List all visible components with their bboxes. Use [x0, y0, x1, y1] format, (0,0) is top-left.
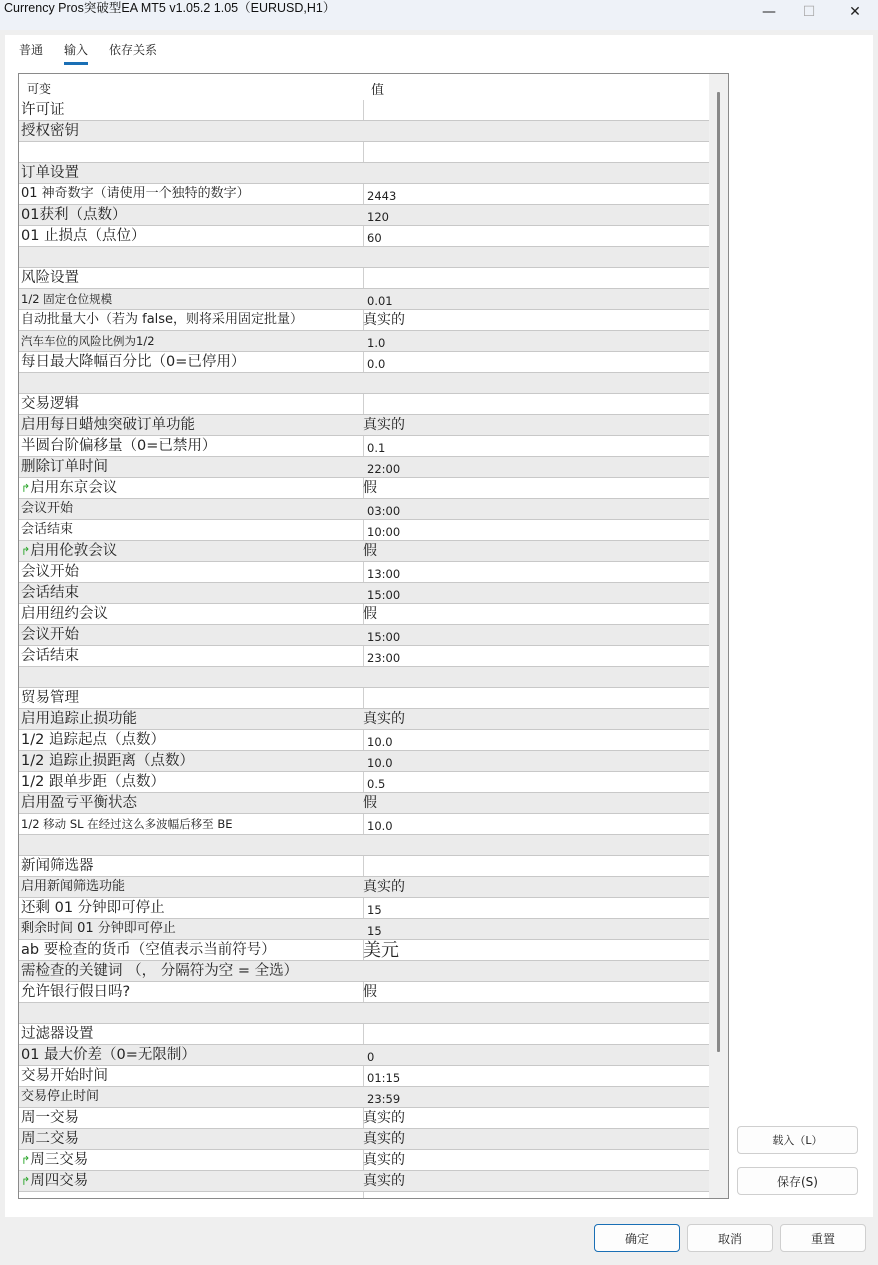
row-value[interactable]: 23:59: [367, 1090, 400, 1108]
row-name-text: 启用伦敦会议: [30, 543, 117, 559]
table-row[interactable]: 需检查的关键词 （， 分隔符为空 = 全选）: [19, 961, 709, 982]
row-name-text: 授权密钥: [21, 123, 79, 139]
row-name-text: 过滤器设置: [21, 1026, 94, 1042]
table-row[interactable]: 风险设置: [19, 268, 709, 289]
tab-panel: 普通 输入 依存关系 可变 值 许可证授权密钥订单设置01 神奇数字（请使用一个…: [5, 35, 873, 1217]
tab-strip: 普通 输入 依存关系: [19, 41, 178, 65]
row-name-text: 01 最大价差（0=无限制）: [21, 1047, 196, 1063]
table-row[interactable]: 1/2 移动 SL 在经过这么多波幅后移至 BE10.0: [19, 814, 709, 835]
row-value[interactable]: 真实的: [363, 1171, 405, 1191]
table-row[interactable]: 剩余时间 01 分钟即可停止15: [19, 919, 709, 940]
row-variable-name: ab 要检查的货币（空值表示当前符号）: [21, 940, 276, 960]
row-value[interactable]: 10.0: [367, 817, 393, 835]
table-row[interactable]: 启用新闻筛选功能真实的: [19, 877, 709, 898]
row-name-text: 还剩 01 分钟即可停止: [21, 900, 165, 916]
row-variable-name: 启用追踪止损功能: [21, 709, 137, 729]
row-variable-name: ↱周四交易: [21, 1171, 88, 1192]
row-name-text: 01 神奇数字（请使用一个独特的数字）: [21, 186, 250, 201]
maximize-icon: ☐: [803, 4, 816, 20]
table-row[interactable]: 1/2 追踪止损距离（点数）10.0: [19, 751, 709, 772]
row-variable-name: 删除订单时间: [21, 457, 108, 477]
row-value[interactable]: 0.01: [367, 292, 393, 310]
row-name-text: 许可证: [21, 102, 65, 118]
input-arrow-icon: ↱: [21, 1154, 30, 1167]
row-variable-name: 1/2 移动 SL 在经过这么多波幅后移至 BE: [21, 814, 233, 834]
table-row[interactable]: 会议开始15:00: [19, 625, 709, 646]
row-value[interactable]: 真实的: [363, 415, 405, 435]
table-row[interactable]: 1/2 追踪起点（点数）10.0: [19, 730, 709, 751]
row-value[interactable]: 真实的: [363, 877, 405, 897]
row-name-text: 1/2 固定仓位规模: [21, 292, 112, 306]
row-variable-name: 01 止损点（点位）: [21, 226, 146, 246]
row-name-text: 订单设置: [21, 165, 79, 181]
table-row[interactable]: 半圆台阶偏移量（0=已禁用）0.1: [19, 436, 709, 457]
ok-button[interactable]: 确定: [594, 1224, 680, 1252]
row-name-text: 1/2 移动 SL 在经过这么多波幅后移至 BE: [21, 817, 233, 831]
row-value[interactable]: 美元: [363, 940, 399, 962]
row-variable-name: 交易开始时间: [21, 1066, 108, 1086]
row-value[interactable]: 0.0: [367, 355, 385, 373]
table-row[interactable]: 会议开始03:00: [19, 499, 709, 520]
tab-inputs[interactable]: 输入: [64, 41, 88, 65]
table-row[interactable]: 交易开始时间01:15: [19, 1066, 709, 1087]
row-value[interactable]: 假: [363, 604, 377, 624]
row-variable-name: 启用盈亏平衡状态: [21, 793, 137, 813]
row-variable-name: 1/2 追踪起点（点数）: [21, 730, 165, 750]
row-value[interactable]: 假: [363, 982, 377, 1002]
row-name-text: 会议开始: [21, 501, 73, 516]
row-name-text: 周三交易: [30, 1152, 88, 1168]
row-value[interactable]: 01:15: [367, 1069, 400, 1087]
table-row[interactable]: 启用盈亏平衡状态假: [19, 793, 709, 814]
table-row[interactable]: [19, 667, 709, 688]
row-name-text: 1/2 追踪起点（点数）: [21, 732, 165, 748]
row-name-text: 新闻筛选器: [21, 858, 94, 874]
table-row[interactable]: 01获利（点数）120: [19, 205, 709, 226]
row-variable-name: 新闻筛选器: [21, 856, 94, 876]
row-name-text: 每日最大降幅百分比（0=已停用）: [21, 354, 245, 370]
row-variable-name: 自动批量大小（若为 false，则将采用固定批量）: [21, 310, 303, 330]
row-variable-name: 半圆台阶偏移量（0=已禁用）: [21, 436, 216, 456]
tab-dependencies[interactable]: 依存关系: [109, 41, 157, 65]
table-row[interactable]: [19, 835, 709, 856]
row-value[interactable]: 10.0: [367, 733, 393, 751]
dialog-body: 普通 输入 依存关系 可变 值 许可证授权密钥订单设置01 神奇数字（请使用一个…: [0, 30, 878, 1265]
row-value[interactable]: 真实的: [363, 709, 405, 729]
row-name-text: 自动批量大小（若为 false，则将采用固定批量）: [21, 312, 303, 327]
row-variable-name: 贸易管理: [21, 688, 79, 708]
table-row[interactable]: 订单设置: [19, 163, 709, 184]
table-row[interactable]: 还剩 01 分钟即可停止15: [19, 898, 709, 919]
table-row[interactable]: 贸易管理: [19, 688, 709, 709]
row-value[interactable]: 1.0: [367, 334, 385, 352]
row-variable-name: 启用纽约会议: [21, 604, 108, 624]
row-value[interactable]: 13:00: [367, 565, 400, 583]
row-name-text: 交易停止时间: [21, 1089, 99, 1104]
close-button[interactable]: ✕: [832, 0, 878, 24]
row-name-text: 01 止损点（点位）: [21, 228, 146, 244]
save-button[interactable]: 保存(S): [737, 1167, 858, 1195]
close-icon: ✕: [849, 4, 861, 20]
row-variable-name: 周一交易: [21, 1108, 79, 1128]
table-row[interactable]: 1/2 固定仓位规模0.01: [19, 289, 709, 310]
row-variable-name: 风险设置: [21, 268, 79, 288]
row-name-text: 启用纽约会议: [21, 606, 108, 622]
row-variable-name: 汽车车位的风险比例为1/2: [21, 331, 155, 351]
row-variable-name: 启用每日蜡烛突破订单功能: [21, 415, 195, 435]
row-value[interactable]: 假: [363, 793, 377, 813]
table-row[interactable]: [19, 247, 709, 268]
row-variable-name: 过滤器设置: [21, 1024, 94, 1044]
row-value[interactable]: 真实的: [363, 1108, 405, 1128]
row-name-text: 1/2 跟单步距（点数）: [21, 774, 165, 790]
row-name-text: 启用东京会议: [30, 480, 117, 496]
row-name-text: 交易开始时间: [21, 1068, 108, 1084]
row-name-text: 需检查的关键词 （， 分隔符为空 = 全选）: [21, 963, 298, 979]
row-name-text: 风险设置: [21, 270, 79, 286]
table-row[interactable]: ↱周四交易真实的: [19, 1171, 709, 1192]
table-row[interactable]: 会话结束15:00: [19, 583, 709, 604]
row-name-text: 会议开始: [21, 627, 79, 643]
table-row[interactable]: 每日最大降幅百分比（0=已停用）0.0: [19, 352, 709, 373]
row-variable-name: 需检查的关键词 （， 分隔符为空 = 全选）: [21, 961, 298, 981]
row-value[interactable]: 15:00: [367, 628, 400, 646]
row-name-text: 交易逻辑: [21, 396, 79, 412]
row-value[interactable]: 10.0: [367, 754, 393, 772]
table-row[interactable]: 允许银行假日吗?假: [19, 982, 709, 1003]
scrollbar-thumb[interactable]: [717, 92, 720, 1052]
row-variable-name: 周二交易: [21, 1129, 79, 1149]
row-variable-name: 1/2 追踪止损距离（点数）: [21, 751, 194, 771]
row-value[interactable]: 真实的: [363, 1129, 405, 1149]
row-name-text: 半圆台阶偏移量（0=已禁用）: [21, 438, 216, 454]
table-row[interactable]: 交易逻辑: [19, 394, 709, 415]
row-name-text: 允许银行假日吗?: [21, 984, 130, 1000]
table-row[interactable]: 01 止损点（点位）60: [19, 226, 709, 247]
table-row[interactable]: 授权密钥: [19, 121, 709, 142]
row-name-text: 汽车车位的风险比例为1/2: [21, 334, 155, 348]
table-row[interactable]: 01 最大价差（0=无限制）0: [19, 1045, 709, 1066]
table-row[interactable]: 01 神奇数字（请使用一个独特的数字）2443: [19, 184, 709, 205]
table-row[interactable]: 交易停止时间23:59: [19, 1087, 709, 1108]
row-value[interactable]: 假: [363, 478, 377, 498]
row-value[interactable]: 0: [367, 1048, 374, 1066]
row-variable-name: 许可证: [21, 100, 65, 120]
row-variable-name: 会议开始: [21, 562, 79, 582]
row-name-text: 剩余时间 01 分钟即可停止: [21, 921, 176, 936]
input-arrow-icon: ↱: [21, 482, 30, 495]
row-value[interactable]: 15: [367, 901, 382, 919]
column-header-value[interactable]: 值: [371, 79, 384, 98]
table-row[interactable]: 过滤器设置: [19, 1024, 709, 1045]
input-arrow-icon: ↱: [21, 545, 30, 558]
row-variable-name: 授权密钥: [21, 121, 79, 141]
row-name-text: 启用每日蜡烛突破订单功能: [21, 417, 195, 433]
row-variable-name: 交易停止时间: [21, 1087, 99, 1107]
window-title: Currency Pros突破型EA MT5 v1.05.2 1.05（EURU…: [4, 0, 335, 16]
row-value[interactable]: 15:00: [367, 586, 400, 604]
row-name-text: 会话结束: [21, 585, 79, 601]
row-variable-name: 启用新闻筛选功能: [21, 877, 125, 897]
row-name-text: 01获利（点数）: [21, 207, 126, 223]
load-button[interactable]: 载入（L）: [737, 1126, 858, 1154]
row-variable-name: 会议开始: [21, 499, 73, 519]
row-variable-name: 剩余时间 01 分钟即可停止: [21, 919, 176, 939]
row-variable-name: 01 神奇数字（请使用一个独特的数字）: [21, 184, 250, 204]
row-value[interactable]: 真实的: [363, 310, 405, 330]
inputs-grid: 可变 值 许可证授权密钥订单设置01 神奇数字（请使用一个独特的数字）24430…: [18, 73, 729, 1199]
row-name-text: 周四交易: [30, 1173, 88, 1189]
row-name-text: 贸易管理: [21, 690, 79, 706]
table-row[interactable]: 删除订单时间22:00: [19, 457, 709, 478]
table-row[interactable]: [19, 1003, 709, 1024]
table-row[interactable]: 许可证: [19, 100, 709, 121]
table-row[interactable]: 周一交易真实的: [19, 1108, 709, 1129]
row-variable-name: 交易逻辑: [21, 394, 79, 414]
row-variable-name: 每日最大降幅百分比（0=已停用）: [21, 352, 245, 372]
row-name-text: 1/2 追踪止损距离（点数）: [21, 753, 194, 769]
row-variable-name: 1/2 固定仓位规模: [21, 289, 112, 309]
row-variable-name: 会议开始: [21, 625, 79, 645]
table-row[interactable]: [19, 142, 709, 163]
row-name-text: 启用盈亏平衡状态: [21, 795, 137, 811]
row-name-text: 会话结束: [21, 522, 73, 537]
row-variable-name: 还剩 01 分钟即可停止: [21, 898, 165, 918]
row-value[interactable]: 120: [367, 208, 389, 226]
row-variable-name: ↱启用东京会议: [21, 478, 117, 499]
table-row[interactable]: 启用纽约会议假: [19, 604, 709, 625]
row-variable-name: 允许银行假日吗?: [21, 982, 130, 1002]
table-row[interactable]: 新闻筛选器: [19, 856, 709, 877]
row-value[interactable]: 0.5: [367, 775, 385, 793]
table-row[interactable]: 会话结束23:00: [19, 646, 709, 667]
row-name-text: 会话结束: [21, 648, 79, 664]
table-row[interactable]: ↱周三交易真实的: [19, 1150, 709, 1171]
table-row[interactable]: 自动批量大小（若为 false，则将采用固定批量）真实的: [19, 310, 709, 331]
row-value[interactable]: 2443: [367, 187, 396, 205]
minimize-icon: —: [762, 4, 776, 20]
row-variable-name: 会话结束: [21, 646, 79, 666]
maximize-button[interactable]: ☐: [786, 0, 832, 24]
table-row[interactable]: 会话结束10:00: [19, 520, 709, 541]
table-row[interactable]: ↱启用伦敦会议假: [19, 541, 709, 562]
row-variable-name: 订单设置: [21, 163, 79, 183]
row-value[interactable]: 60: [367, 229, 382, 247]
row-name-text: ab 要检查的货币（空值表示当前符号）: [21, 942, 276, 958]
tab-general[interactable]: 普通: [19, 41, 43, 65]
table-row[interactable]: [19, 373, 709, 394]
table-row[interactable]: 周二交易真实的: [19, 1129, 709, 1150]
row-value[interactable]: 15: [367, 922, 382, 940]
vertical-scrollbar[interactable]: [709, 74, 728, 1198]
reset-button[interactable]: 重置: [780, 1224, 866, 1252]
table-row[interactable]: 启用追踪止损功能真实的: [19, 709, 709, 730]
row-variable-name: 会话结束: [21, 583, 79, 603]
table-row[interactable]: 启用每日蜡烛突破订单功能真实的: [19, 415, 709, 436]
row-value[interactable]: 03:00: [367, 502, 400, 520]
row-variable-name: 01获利（点数）: [21, 205, 126, 225]
table-row[interactable]: ↱启用东京会议假: [19, 478, 709, 499]
grid-rows: 许可证授权密钥订单设置01 神奇数字（请使用一个独特的数字）244301获利（点…: [19, 100, 709, 1192]
row-name-text: 启用新闻筛选功能: [21, 879, 125, 894]
input-arrow-icon: ↱: [21, 1175, 30, 1188]
row-variable-name: ↱周三交易: [21, 1150, 88, 1171]
row-name-text: 会议开始: [21, 564, 79, 580]
row-variable-name: 1/2 跟单步距（点数）: [21, 772, 165, 792]
row-variable-name: 会话结束: [21, 520, 73, 540]
row-name-text: 周二交易: [21, 1131, 79, 1147]
table-row[interactable]: 1/2 跟单步距（点数）0.5: [19, 772, 709, 793]
row-value[interactable]: 10:00: [367, 523, 400, 541]
cancel-button[interactable]: 取消: [687, 1224, 773, 1252]
table-row[interactable]: 会议开始13:00: [19, 562, 709, 583]
row-name-text: 删除订单时间: [21, 459, 108, 475]
table-row[interactable]: ab 要检查的货币（空值表示当前符号）美元: [19, 940, 709, 961]
row-value[interactable]: 22:00: [367, 460, 400, 478]
title-bar: Currency Pros突破型EA MT5 v1.05.2 1.05（EURU…: [0, 0, 878, 30]
column-header-variable[interactable]: 可变: [27, 80, 51, 97]
row-value[interactable]: 假: [363, 541, 377, 561]
row-value[interactable]: 真实的: [363, 1150, 405, 1170]
table-row[interactable]: 汽车车位的风险比例为1/21.0: [19, 331, 709, 352]
row-value[interactable]: 23:00: [367, 649, 400, 667]
row-name-text: 启用追踪止损功能: [21, 711, 137, 727]
row-variable-name: 01 最大价差（0=无限制）: [21, 1045, 196, 1065]
grid-header: 可变 值: [19, 74, 709, 100]
row-value[interactable]: 0.1: [367, 439, 385, 457]
row-variable-name: ↱启用伦敦会议: [21, 541, 117, 562]
row-name-text: 周一交易: [21, 1110, 79, 1126]
